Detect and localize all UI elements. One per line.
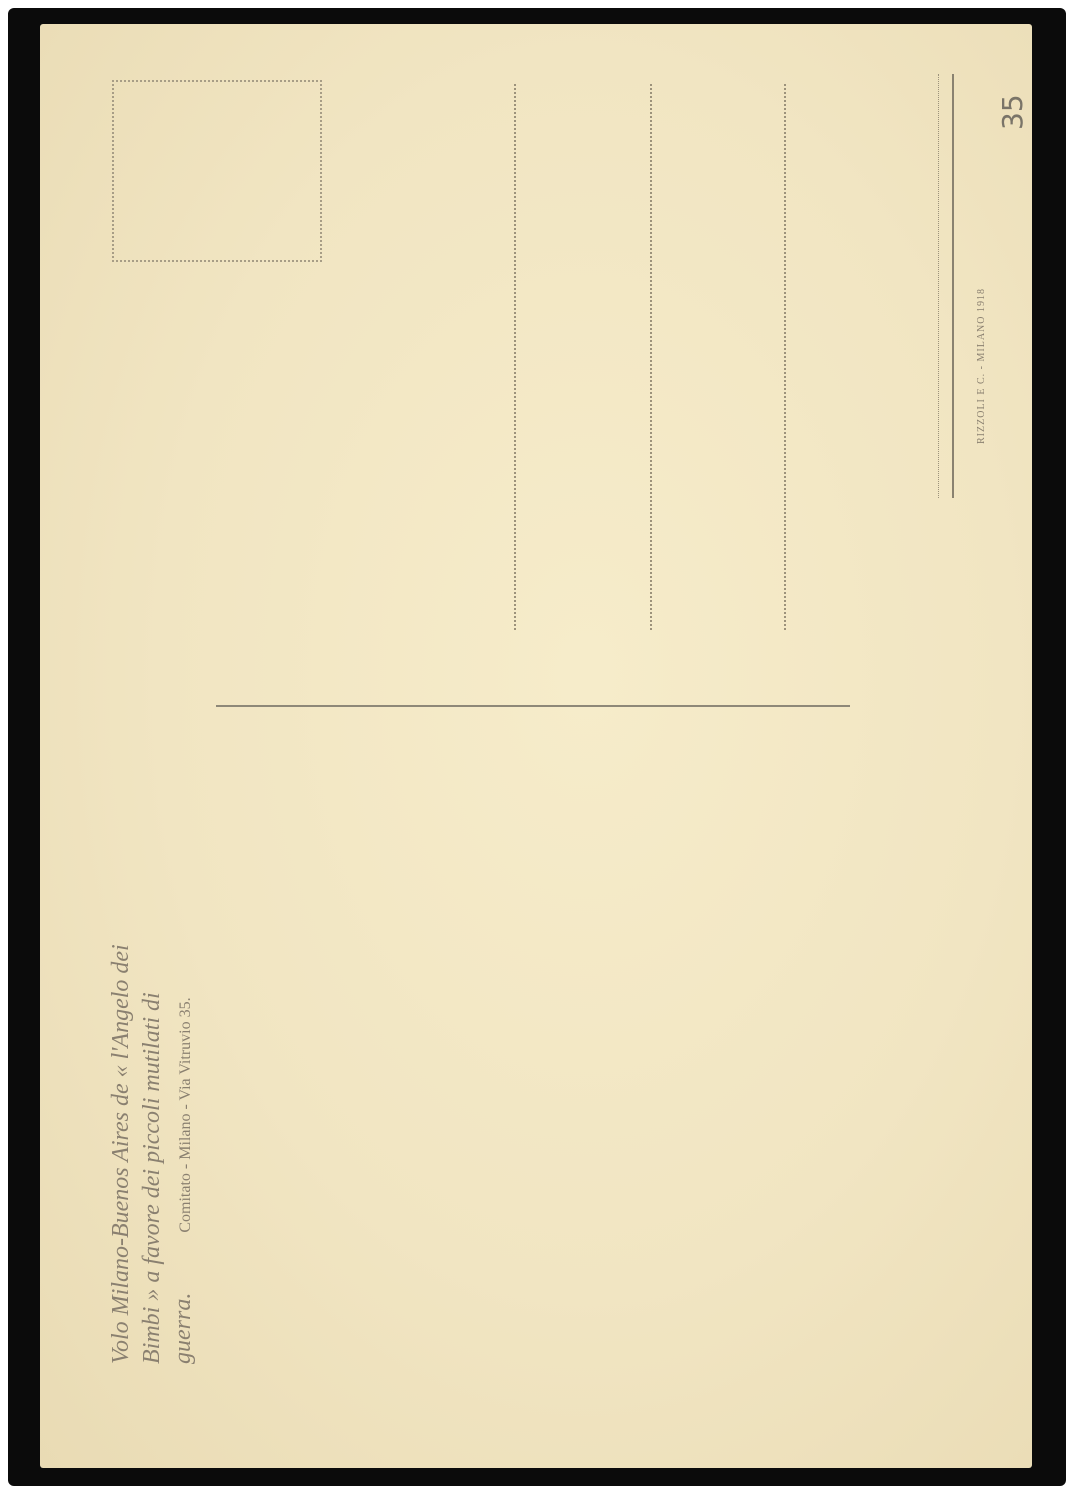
publisher-rule: [952, 74, 954, 498]
committee-address: Comitato - Milano - Via Vitruvio 35.: [177, 997, 194, 1292]
stamp-box: [112, 80, 322, 262]
caption-text: Volo Milano-Buenos Aires de « l'Angelo d…: [106, 944, 201, 1364]
caption-line-2: Bimbi » a favore dei piccoli mutilati di: [137, 944, 168, 1364]
caption-line-1: Volo Milano-Buenos Aires de « l'Angelo d…: [106, 944, 137, 1364]
postcard-back: Volo Milano-Buenos Aires de « l'Angelo d…: [40, 24, 1032, 1468]
publisher-dotted-rule: [938, 74, 939, 498]
address-line-3: [784, 84, 786, 630]
address-line-2: [650, 84, 652, 630]
caption-line-3: guerra.: [170, 1293, 196, 1364]
publisher-imprint: RIZZOLI E C. - MILANO 1918: [976, 288, 987, 444]
address-line-1: [514, 84, 516, 630]
divider-line: [216, 705, 850, 707]
handwritten-number: 35: [996, 94, 1029, 130]
